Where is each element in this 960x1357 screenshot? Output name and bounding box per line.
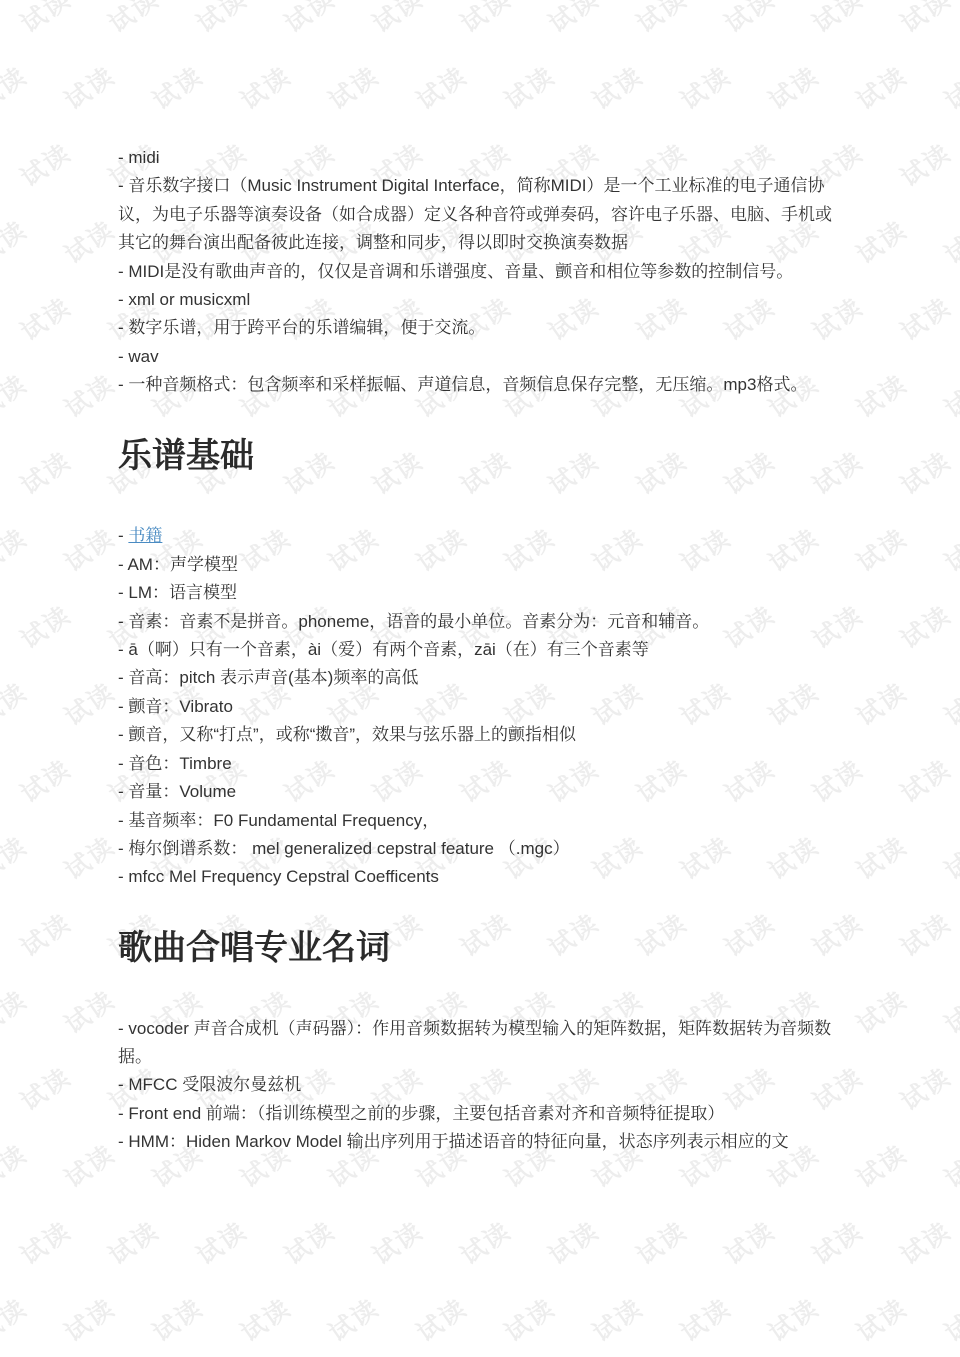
watermark-text: 试读 (849, 1289, 914, 1349)
watermark-text: 试读 (409, 1289, 474, 1349)
book-link[interactable]: 书籍 (128, 526, 162, 545)
watermark-text: 试读 (145, 1289, 210, 1349)
list-item: - MFCC 受限波尔曼兹机 (118, 1071, 845, 1099)
intro-list: - midi- 音乐数字接口（Music Instrument Digital … (118, 144, 845, 400)
watermark-text: 试读 (57, 1289, 122, 1349)
list-dash: - (118, 526, 128, 545)
watermark-text: 试读 (0, 1289, 33, 1349)
list-item: - 音乐数字接口（Music Instrument Digital Interf… (118, 172, 845, 257)
list-item: - Front end 前端：（指训练模型之前的步骤，主要包括音素对齐和音频特征… (118, 1100, 845, 1128)
heading-score-basics: 乐谱基础 (118, 436, 845, 477)
watermark-text: 试读 (13, 1212, 78, 1272)
watermark-text: 试读 (937, 1289, 960, 1349)
list-item: - LM：语言模型 (118, 579, 845, 607)
watermark-text: 试读 (101, 1212, 166, 1272)
list-item: - xml or musicxml (118, 286, 845, 314)
list-item: - ā（啊）只有一个音素，ài（爱）有两个音素，zāi（在）有三个音素等 (118, 636, 845, 664)
list-item: - vocoder 声音合成机（声码器）：作用音频数据转为模型输入的矩阵数据，矩… (118, 1015, 845, 1072)
watermark-text: 试读 (673, 1289, 738, 1349)
list-item: - HMM：Hiden Markov Model 输出序列用于描述语音的特征向量… (118, 1128, 845, 1156)
list-item: - 音素：音素不是拼音。phoneme，语音的最小单位。音素分为：元音和辅音。 (118, 608, 845, 636)
book-link-line: - 书籍 (118, 522, 845, 550)
list-item: - 数字乐谱，用于跨平台的乐谱编辑，便于交流。 (118, 314, 845, 342)
watermark-text: 试读 (365, 1212, 430, 1272)
watermark-text: 试读 (805, 1212, 870, 1272)
list-item: - 基音频率：F0 Fundamental Frequency， (118, 807, 845, 835)
watermark-text: 试读 (453, 1212, 518, 1272)
list-item: - 音色：Timbre (118, 750, 845, 778)
list-item: - 一种音频格式：包含频率和采样振幅、声道信息，音频信息保存完整，无压缩。mp3… (118, 371, 845, 399)
list-item: - wav (118, 343, 845, 371)
list-item: - 颤音，又称“打点”，或称“擞音”，效果与弦乐器上的颤指相似 (118, 721, 845, 749)
list-item: - 颤音：Vibrato (118, 693, 845, 721)
watermark-text: 试读 (717, 1212, 782, 1272)
watermark-text: 试读 (277, 1212, 342, 1272)
watermark-text: 试读 (761, 1289, 826, 1349)
watermark-text: 试读 (893, 1212, 958, 1272)
watermark-text: 试读 (585, 1289, 650, 1349)
list-item: - mfcc Mel Frequency Cepstral Coefficent… (118, 863, 845, 891)
list-item: - midi (118, 144, 845, 172)
chorus-terms-list: - vocoder 声音合成机（声码器）：作用音频数据转为模型输入的矩阵数据，矩… (118, 1015, 845, 1157)
score-basics-list: - AM：声学模型- LM：语言模型- 音素：音素不是拼音。phoneme，语音… (118, 551, 845, 892)
list-item: - 音高：pitch 表示声音(基本)频率的高低 (118, 664, 845, 692)
list-item: - 梅尔倒谱系数： mel generalized cepstral featu… (118, 835, 845, 863)
watermark-text: 试读 (233, 1289, 298, 1349)
list-item: - MIDI是没有歌曲声音的，仅仅是音调和乐谱强度、音量、颤音和相位等参数的控制… (118, 258, 845, 286)
document-page: - midi- 音乐数字接口（Music Instrument Digital … (0, 0, 960, 1357)
heading-chorus-terms: 歌曲合唱专业名词 (118, 928, 845, 969)
watermark-text: 试读 (321, 1289, 386, 1349)
watermark-text: 试读 (189, 1212, 254, 1272)
list-item: - AM：声学模型 (118, 551, 845, 579)
watermark-text: 试读 (541, 1212, 606, 1272)
document-content: - midi- 音乐数字接口（Music Instrument Digital … (0, 0, 960, 1217)
watermark-text: 试读 (497, 1289, 562, 1349)
list-item: - 音量：Volume (118, 778, 845, 806)
watermark-text: 试读 (629, 1212, 694, 1272)
